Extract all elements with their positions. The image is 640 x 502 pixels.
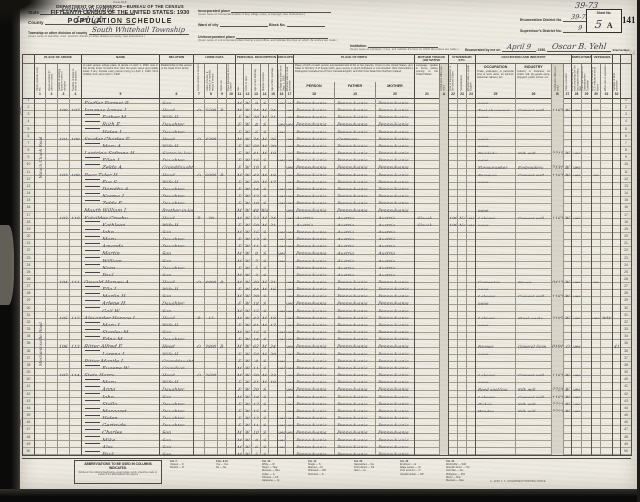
cell-rad [218, 362, 227, 369]
cell-frm [227, 405, 236, 412]
cell-occ: none [476, 140, 516, 147]
cell-house [46, 283, 58, 290]
cell-own [194, 247, 205, 254]
cell-occ [476, 233, 516, 240]
cell-n: 21 [23, 240, 35, 247]
cell-tg [415, 441, 440, 448]
cell-name: Helen [82, 412, 160, 419]
cell-rad [218, 348, 227, 355]
cell-sex: M [236, 434, 244, 441]
cell-sex: M [236, 276, 244, 283]
cell-sex: M [236, 226, 244, 233]
cell-fm: 108 [70, 133, 82, 140]
cell-rw: yes [286, 369, 294, 376]
cell-occ: Winder [476, 405, 516, 412]
cell-age: 16 [252, 226, 261, 233]
cell-mar: S [261, 333, 269, 340]
cell-bm: Austria [376, 212, 415, 219]
cell-c1 [449, 362, 458, 369]
sd-label: Supervisor's District No. [520, 29, 562, 33]
cell-wr [601, 161, 613, 168]
cell-frm [227, 240, 236, 247]
ward-label: Ward of city [198, 23, 218, 27]
cell-mar: M [261, 176, 269, 183]
cell-bm: Pennsylvania [376, 297, 415, 304]
cell-wr [601, 104, 613, 111]
cell-tc [440, 240, 449, 247]
column-label: Does this family live on a farm? [228, 64, 233, 91]
cell-house [46, 290, 58, 297]
cell-wr [601, 419, 613, 426]
column-group-citizenship-etc-: CITIZENSHIP, ETC. [449, 55, 476, 64]
cell-c3 [467, 276, 476, 283]
cell-cl [564, 441, 572, 448]
cell-w2 [582, 255, 592, 262]
cell-c2 [458, 326, 467, 333]
cell-val: 2600 [205, 369, 218, 376]
cell-own [194, 111, 205, 118]
cell-bf: Pennsylvania [335, 183, 376, 190]
cell-rel: Daughter [160, 419, 194, 426]
column-label: Age at first marriage [272, 64, 275, 91]
cell-w2 [582, 147, 592, 154]
table-row: 17103110Kotsildes CrosbyHeadR20MW53M24ye… [23, 212, 632, 219]
cell-n2: 34 [621, 333, 632, 340]
ditto-mark [85, 193, 100, 194]
cell-c2 [458, 169, 467, 176]
cell-fm [70, 383, 82, 390]
cell-race: W [244, 398, 252, 405]
cell-w1 [572, 233, 582, 240]
cell-bf: Pennsylvania [335, 140, 376, 147]
cell-c3 [467, 419, 476, 426]
cell-bp: Pennsylvania [294, 297, 335, 304]
ditto-mark [85, 186, 100, 187]
cell-race: W [244, 283, 252, 290]
cell-sex: F [236, 118, 244, 125]
cell-val [205, 398, 218, 405]
cell-sex: F [236, 376, 244, 383]
cell-name: Mary [82, 376, 160, 383]
ditto-mark [85, 128, 100, 129]
cell-c2 [458, 405, 467, 412]
cell-val [205, 176, 218, 183]
cell-name: Ritter Mantle J. [82, 355, 160, 362]
cell-fm [70, 190, 82, 197]
cell-house [46, 348, 58, 355]
cell-c3 [467, 319, 476, 326]
cell-rel: Daughter [160, 126, 194, 133]
cell-dw [58, 391, 70, 398]
cell-sch: yes [278, 226, 286, 233]
cell-bf: Pennsylvania [335, 448, 376, 455]
cell-age: 20 [252, 290, 261, 297]
cell-dw [58, 190, 70, 197]
cell-am [269, 97, 278, 104]
cell-tc [440, 111, 449, 118]
cell-mar: S [261, 262, 269, 269]
cell-own [194, 319, 205, 326]
cell-sex: F [236, 398, 244, 405]
cell-n2: 12 [621, 176, 632, 183]
cell-bm: Pennsylvania [376, 412, 415, 419]
cell-fm [70, 197, 82, 204]
cell-fs [613, 233, 621, 240]
table-row: 45HelenDaughterFW13SyesyesPennsylvaniaPe… [23, 412, 632, 419]
cell-fs [613, 255, 621, 262]
cell-fs [613, 426, 621, 433]
cell-street [35, 412, 46, 419]
cell-mar: S [261, 297, 269, 304]
cell-rel: Head [160, 276, 194, 283]
cell-fm [70, 269, 82, 276]
cell-dw [58, 297, 70, 304]
cell-bm: Pennsylvania [376, 133, 415, 140]
cell-w1: yes [572, 383, 582, 390]
ditto-mark [85, 429, 100, 430]
cell-c1 [449, 240, 458, 247]
street-name: Mechanicsville Road [35, 276, 46, 412]
column-group-blank [23, 55, 35, 64]
cell-bm: Pennsylvania [376, 319, 415, 326]
cell-dw [58, 383, 70, 390]
cell-tg: Slovak [415, 219, 440, 226]
cell-race: W [244, 140, 252, 147]
cell-rad [218, 262, 227, 269]
column-head-occ-code: CODE (For office use only) [552, 64, 564, 91]
cell-wr [601, 398, 613, 405]
cell-rad: R [218, 340, 227, 347]
abbreviation-column: Col. 7. Owned — O Rented — R [170, 460, 214, 469]
cell-w1: yes [572, 312, 582, 319]
cell-own [194, 391, 205, 398]
cell-dw [58, 219, 70, 226]
cell-rw [286, 247, 294, 254]
cell-w2 [582, 176, 592, 183]
cell-bp: Pennsylvania [294, 147, 335, 154]
cell-dw: 102 [58, 169, 70, 176]
cell-am [269, 197, 278, 204]
cell-tg [415, 147, 440, 154]
table-row: 14Norma J.DaughterFW12SyesyesPennsylvani… [23, 190, 632, 197]
cell-sex: M [236, 305, 244, 312]
table-row: 40MaryWife-HFW41M19yesPennsylvaniaPennsy… [23, 376, 632, 383]
cell-bp: Pennsylvania [294, 398, 335, 405]
cell-bp: Pennsylvania [294, 383, 335, 390]
table-row: 49AlexSonMW6SyesPennsylvaniaPennsylvania… [23, 441, 632, 448]
cell-cl: W [564, 169, 572, 176]
cell-wr [601, 276, 613, 283]
cell-fm [70, 297, 82, 304]
column-group-employment: EMPLOYMENT [572, 55, 592, 64]
cell-n: 31 [23, 312, 35, 319]
cell-own [194, 126, 205, 133]
cell-rad: R [218, 276, 227, 283]
cell-rw: yes [286, 240, 294, 247]
cell-wr [601, 169, 613, 176]
cell-bp: Pennsylvania [294, 233, 335, 240]
cell-am [269, 204, 278, 211]
cell-dw [58, 255, 70, 262]
cell-name: Mike [82, 434, 160, 441]
cell-own [194, 426, 205, 433]
cell-tc [440, 169, 449, 176]
cell-rad [218, 233, 227, 240]
cell-dw [58, 226, 70, 233]
cell-vt [592, 212, 601, 219]
cell-dw: 106 [58, 340, 70, 347]
cell-frm [227, 262, 236, 269]
cell-c3 [467, 183, 476, 190]
cell-frm [227, 369, 236, 376]
cell-vt [592, 319, 601, 326]
cell-rad [218, 133, 227, 140]
cell-rw: yes [286, 326, 294, 333]
cell-c3 [467, 333, 476, 340]
cell-c3 [467, 126, 476, 133]
table-row: 7Mary A.Wife-HFW68M20yesPennsylvaniaPenn… [23, 140, 632, 147]
cell-bf: Pennsylvania [335, 118, 376, 125]
cell-oc [552, 426, 564, 433]
cell-bf: Austria [335, 240, 376, 247]
cell-bp: Pennsylvania [294, 305, 335, 312]
cell-w2 [582, 269, 592, 276]
cell-own [194, 154, 205, 161]
cell-age: 16 [252, 326, 261, 333]
cell-mar: S [261, 161, 269, 168]
cell-val [205, 161, 218, 168]
cell-ind [516, 140, 552, 147]
cell-own [194, 183, 205, 190]
cell-w1 [572, 204, 582, 211]
cell-rel: Grandson [160, 362, 194, 369]
cell-bm: Austria [376, 255, 415, 262]
cell-n: 1 [23, 97, 35, 104]
column-label: Value of home, if owned, or monthly rent… [207, 64, 215, 91]
cell-c3 [467, 190, 476, 197]
abbreviation-col-head: Col. 14. [308, 460, 317, 463]
cell-sch: yes [278, 305, 286, 312]
cell-n2: 33 [621, 326, 632, 333]
cell-c2 [458, 305, 467, 312]
cell-dw [58, 233, 70, 240]
cell-fm [70, 262, 82, 269]
cell-own [194, 383, 205, 390]
cell-race: W [244, 405, 252, 412]
cell-vt [592, 247, 601, 254]
table-row: 4Ruth E.DaughterFW8SyesyesPennsylvaniaPe… [23, 118, 632, 125]
cell-w1: yes [572, 290, 582, 297]
cell-rw [286, 255, 294, 262]
cell-occ: none [476, 133, 516, 140]
cell-val [205, 126, 218, 133]
cell-c3 [467, 140, 476, 147]
cell-c3 [467, 247, 476, 254]
cell-frm [227, 319, 236, 326]
column-head-tongue-code: CODE (For office use only) [440, 64, 449, 91]
column-head-street: Street, avenue, road, etc. [35, 64, 46, 91]
cell-own [194, 197, 205, 204]
abbreviation-column: Col. 31. World War — WW Spanish-Amer. — … [446, 460, 490, 482]
cell-w2 [582, 219, 592, 226]
cell-fm: 107 [70, 104, 82, 111]
cell-ind [516, 262, 552, 269]
cell-fm [70, 247, 82, 254]
cell-age: 43 [252, 169, 261, 176]
cell-bm: Austria [376, 219, 415, 226]
cell-bm: Pennsylvania [376, 183, 415, 190]
cell-name: Edna M. [82, 333, 160, 340]
cell-oc [552, 97, 564, 104]
cell-sch [278, 104, 286, 111]
cell-sch: yes [278, 419, 286, 426]
cell-w1 [572, 133, 582, 140]
cell-name: Lentring Sofrona H. [82, 147, 160, 154]
cell-bf: Pennsylvania [335, 204, 376, 211]
cell-rw [286, 355, 294, 362]
cell-sex: F [236, 197, 244, 204]
cell-vt [592, 290, 601, 297]
cell-tg [415, 176, 440, 183]
cell-occ: Laborer [476, 212, 516, 219]
cell-mar: S [261, 434, 269, 441]
cell-race: W [244, 226, 252, 233]
cell-fm [70, 391, 82, 398]
cell-val [205, 290, 218, 297]
cell-n2: 49 [621, 441, 632, 448]
column-label: Number of dwelling house in order of vis… [59, 64, 67, 91]
column-group-mother-tongue-or-native-language-of-foreign-born: MOTHER TONGUE (OR NATIVE LANGUAGE) OF FO… [415, 55, 449, 64]
cell-bm: Pennsylvania [376, 348, 415, 355]
cell-rad [218, 355, 227, 362]
cell-ind [516, 297, 552, 304]
cell-bf: Pennsylvania [335, 104, 376, 111]
cell-dw [58, 434, 70, 441]
cell-street [35, 233, 46, 240]
cell-bp: Pennsylvania [294, 326, 335, 333]
cell-sex: M [236, 255, 244, 262]
cell-sex: F [236, 405, 244, 412]
cell-rad [218, 190, 227, 197]
cell-n: 18 [23, 219, 35, 226]
cell-w2 [582, 398, 592, 405]
cell-fm: 112 [70, 312, 82, 319]
cell-house [46, 434, 58, 441]
cell-rw: yes [286, 161, 294, 168]
cell-n: 5 [23, 126, 35, 133]
cell-val [205, 434, 218, 441]
cell-sch [278, 312, 286, 319]
cell-own: O [194, 369, 205, 376]
cell-oc [552, 176, 564, 183]
cell-cl [564, 426, 572, 433]
cell-sex: M [236, 362, 244, 369]
column-group-blank [621, 55, 632, 64]
cell-rw: yes [286, 405, 294, 412]
cell-occ: none [476, 297, 516, 304]
cell-age: 11 [252, 419, 261, 426]
cell-vt [592, 140, 601, 147]
cell-am [269, 434, 278, 441]
cell-sex: M [236, 391, 244, 398]
cell-age: 48 [252, 204, 261, 211]
cell-ind [516, 412, 552, 419]
cell-c3 [467, 398, 476, 405]
table-row: 23WilliamSonMW7SyesPennsylvaniaAustriaAu… [23, 255, 632, 262]
cell-n: 50 [23, 448, 35, 455]
township-value: South Whitehall Township [91, 26, 185, 34]
cell-am: 19 [269, 376, 278, 383]
cell-dw [58, 111, 70, 118]
printing-office-note: 2—11307 U. S. GOVERNMENT PRINTING OFFICE [490, 480, 545, 483]
cell-bp: Pennsylvania [294, 204, 335, 211]
cell-wr [601, 376, 613, 383]
cell-oc [552, 319, 564, 326]
cell-vt: no [592, 276, 601, 283]
cell-sex: M [236, 312, 244, 319]
cell-oc [552, 297, 564, 304]
cell-w1 [572, 412, 582, 419]
cell-c3 [467, 133, 476, 140]
ditto-mark [85, 322, 100, 323]
cell-n2: 32 [621, 319, 632, 326]
cell-fm [70, 176, 82, 183]
cell-race: W [244, 419, 252, 426]
cell-sch [278, 290, 286, 297]
cell-own [194, 161, 205, 168]
cell-vt [592, 326, 601, 333]
value-text: M [237, 452, 242, 455]
cell-age: 53 [252, 212, 261, 219]
column-description: Place of birth of each person enumerated… [294, 64, 414, 75]
cell-frm [227, 290, 236, 297]
cell-w2 [582, 426, 592, 433]
cell-cl: W [564, 383, 572, 390]
cell-am [269, 333, 278, 340]
cell-c1 [449, 326, 458, 333]
cell-bf: Pennsylvania [335, 161, 376, 168]
cell-cl [564, 262, 572, 269]
cell-w2 [582, 97, 592, 104]
table-row: 36Lorena J.Wife-HFW58M20yesPennsylvaniaP… [23, 348, 632, 355]
cell-w1 [572, 247, 582, 254]
cell-rel: Wife-H [160, 319, 194, 326]
cell-sch: yes [278, 434, 286, 441]
cell-ind [516, 441, 552, 448]
cell-cl: O [564, 340, 572, 347]
cell-rel: Daughter [160, 412, 194, 419]
cell-tg [415, 426, 440, 433]
cell-house [46, 326, 58, 333]
cell-am: 18 [269, 312, 278, 319]
cell-name: Alexander Horace J. [82, 312, 160, 319]
cell-n: 9 [23, 154, 35, 161]
cell-tg [415, 118, 440, 125]
cell-am [269, 183, 278, 190]
cell-fs [613, 312, 621, 319]
cell-n: 4 [23, 118, 35, 125]
cell-c3 [467, 118, 476, 125]
cell-dw [58, 412, 70, 419]
column-label: Color or race [246, 64, 249, 91]
cell-vt [592, 448, 601, 455]
ditto-mark [85, 443, 100, 444]
cell-oc: 7131 [552, 161, 564, 168]
cell-n: 24 [23, 262, 35, 269]
cell-rel: Son [160, 426, 194, 433]
cell-mar: S [261, 412, 269, 419]
cell-oc: 7723 [552, 398, 564, 405]
